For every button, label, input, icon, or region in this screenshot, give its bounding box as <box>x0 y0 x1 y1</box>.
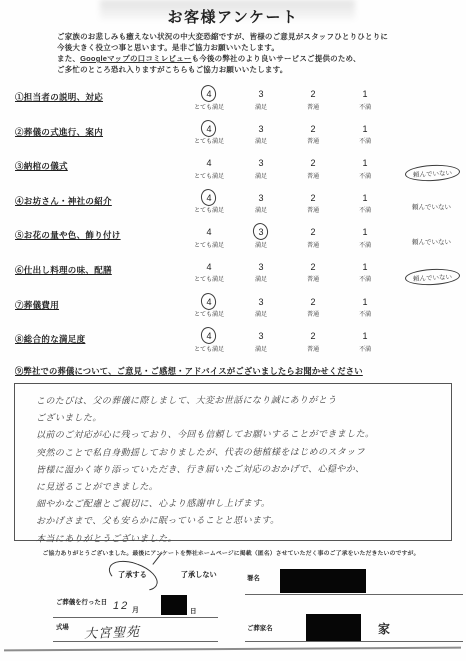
rating-value: 3 <box>258 330 263 342</box>
consent-note: ご協力ありがとうございました。最後にアンケートを弊社ホームページに掲載（匿名）さ… <box>0 548 462 557</box>
rating-option: 2普通 <box>287 226 339 249</box>
rating-value: 1 <box>362 88 367 100</box>
survey-question-row: ②葬儀の式進行、案内 4とても満足3満足2普通1不満 <box>15 123 460 158</box>
rating-option: 2普通 <box>287 88 339 111</box>
funeral-date-label: ご葬儀を行った日 <box>56 597 107 606</box>
question-label: ⑥仕出し料理の味、配膳 <box>15 261 183 276</box>
handwritten-comment-line: 以前のご対応が心に残っており、今回も信頼してお願いすることができました。 <box>36 426 443 445</box>
question-label: ⑤お花の量や色、飾り付け <box>15 226 183 241</box>
rating-caption: 不満 <box>359 205 371 214</box>
rating-caption: 満足 <box>255 102 267 111</box>
scan-edge-line <box>4 647 461 651</box>
question-label: ①担当者の説明、対応 <box>15 88 183 103</box>
rating-scale: 4とても満足3満足2普通1不満 <box>183 192 391 215</box>
rating-value: 4 <box>206 261 211 273</box>
rating-value: 2 <box>310 330 315 342</box>
questions-list: ①担当者の説明、対応 4とても満足3満足2普通1不満 ②葬儀の式進行、案内 4と… <box>15 88 460 365</box>
rating-caption: 不満 <box>359 136 371 145</box>
rating-value: 4 <box>206 157 211 169</box>
intro-line: ご家族のお悲しみも癒えない状況の中大変恐縮ですが、皆様のご意見がスタッフひとりひ… <box>57 31 429 42</box>
handwritten-comment-line: に見送ることができました。 <box>36 477 443 496</box>
selected-rating-circle: 3 <box>258 226 263 238</box>
not-requested-circled-note: 頼んでいない <box>405 268 461 287</box>
rating-value: 2 <box>310 261 315 273</box>
rating-value: 4 <box>206 226 211 238</box>
rating-caption: 不満 <box>359 309 371 318</box>
selected-rating-circle: 4 <box>206 123 211 135</box>
rating-option: 2普通 <box>287 330 339 353</box>
rating-scale: 4とても満足3満足2普通1不満 <box>183 123 391 146</box>
rating-option: 2普通 <box>287 261 339 284</box>
rating-scale: 4とても満足3満足2普通1不満 <box>183 157 391 180</box>
rating-value: 1 <box>362 296 367 308</box>
rating-option: 1不満 <box>339 330 391 353</box>
rating-caption: 普通 <box>307 171 319 180</box>
rating-value: 2 <box>310 192 315 204</box>
day-redaction-box <box>161 595 187 615</box>
handwritten-comment-box: このたびは、父の葬儀に際しまして、大変お世話になり誠にありがとうございました。以… <box>14 383 452 541</box>
rating-caption: 不満 <box>359 274 371 283</box>
rating-caption: 不満 <box>359 240 371 249</box>
rating-scale: 4とても満足3満足2普通1不満 <box>183 296 391 319</box>
form-title: お客様アンケート <box>0 6 466 27</box>
rating-option: 4とても満足 <box>183 226 235 249</box>
survey-question-row: ⑧総合的な満足度 4とても満足3満足2普通1不満 <box>15 330 460 365</box>
rating-caption: 普通 <box>307 274 319 283</box>
question-label: ③納棺の儀式 <box>15 157 183 172</box>
rating-option: 4とても満足 <box>183 88 235 111</box>
rating-caption: 満足 <box>255 136 267 145</box>
intro-text: ご家族のお悲しみも癒えない状況の中大変恐縮ですが、皆様のご意見がスタッフひとりひ… <box>57 31 429 75</box>
rating-option: 4とても満足 <box>183 261 235 284</box>
question-label: ⑧総合的な満足度 <box>15 330 183 345</box>
rating-option: 3満足 <box>235 157 287 180</box>
rating-caption: 満足 <box>255 274 267 283</box>
funeral-date-field: ご葬儀を行った日 12 月 日 <box>53 594 218 618</box>
rating-option: 3満足 <box>235 261 287 284</box>
rating-caption: とても満足 <box>194 205 224 214</box>
rating-value: 2 <box>310 123 315 135</box>
not-requested-circled-note: 頼んでいない <box>405 164 461 183</box>
rating-caption: 普通 <box>307 240 319 249</box>
selected-rating-circle: 4 <box>206 192 211 204</box>
question-label: ②葬儀の式進行、案内 <box>15 123 183 138</box>
survey-question-row: ①担当者の説明、対応 4とても満足3満足2普通1不満 <box>15 88 460 123</box>
rating-caption: 満足 <box>255 171 267 180</box>
rating-option: 3満足 <box>235 330 287 353</box>
rating-scale: 4とても満足3満足2普通1不満 <box>183 88 391 111</box>
handwritten-comment-line: 細やかなご配慮とご親切に、心より感謝申し上げます。 <box>36 495 443 514</box>
rating-option: 1不満 <box>339 157 391 180</box>
rating-option: 3満足 <box>235 226 287 249</box>
rating-caption: 普通 <box>307 344 319 353</box>
not-requested-note: 頼んでいない <box>405 200 458 214</box>
rating-option: 1不満 <box>339 261 391 284</box>
rating-option: 2普通 <box>287 192 339 215</box>
selected-rating-circle: 4 <box>206 88 211 100</box>
selected-rating-circle: 4 <box>206 330 211 342</box>
rating-option: 1不満 <box>339 226 391 249</box>
rating-value: 3 <box>258 157 263 169</box>
rating-option: 3満足 <box>235 88 287 111</box>
month-suffix-label: 月 <box>132 605 139 615</box>
rating-value: 3 <box>258 123 263 135</box>
rating-option: 4とても満足 <box>183 157 235 180</box>
survey-question-row: ⑤お花の量や色、飾り付け 4とても満足3満足2普通1不満 頼んでいない <box>15 226 460 261</box>
handwritten-comment-line: 本当にありがとうございました。 <box>36 529 443 548</box>
rating-option: 2普通 <box>287 296 339 319</box>
rating-caption: とても満足 <box>194 274 224 283</box>
rating-caption: 普通 <box>307 309 319 318</box>
rating-value: 2 <box>310 157 315 169</box>
rating-caption: 満足 <box>255 205 267 214</box>
rating-option: 1不満 <box>339 88 391 111</box>
intro-line: ご多忙のところ恐れ入りますがこちらもご協力お願いいたします。 <box>57 64 429 75</box>
rating-caption: 満足 <box>255 309 267 318</box>
rating-option: 1不満 <box>339 192 391 215</box>
rating-value: 3 <box>258 296 263 308</box>
handwritten-comment-line: 皆様に温かく寄り添っていただき、行き届いたご対応のおかげで、心穏やか、 <box>36 460 443 479</box>
handwritten-month-value: 12 <box>113 600 129 612</box>
family-name-redaction-box <box>306 614 361 641</box>
survey-question-row: ⑦葬儀費用 4とても満足3満足2普通1不満 <box>15 296 460 331</box>
venue-field: 式場 大宮聖苑 <box>53 618 218 642</box>
rating-value: 2 <box>310 296 315 308</box>
handwritten-comment-line: おかげさまで、父も安らかに眠っていることと思います。 <box>36 512 443 531</box>
survey-question-row: ③納棺の儀式 4とても満足3満足2普通1不満 頼んでいない <box>15 157 460 192</box>
handwritten-venue-value: 大宮聖苑 <box>84 621 141 642</box>
rating-option: 4とても満足 <box>183 296 235 319</box>
rating-option: 4とても満足 <box>183 330 235 353</box>
rating-caption: 不満 <box>359 171 371 180</box>
rating-caption: 不満 <box>359 102 371 111</box>
question-label: ④お坊さん・神社の紹介 <box>15 192 183 207</box>
rating-caption: 普通 <box>307 205 319 214</box>
rating-caption: 普通 <box>307 102 319 111</box>
rating-option: 4とても満足 <box>183 123 235 146</box>
rating-value: 2 <box>310 226 315 238</box>
rating-value: 1 <box>362 330 367 342</box>
comments-heading: ⑨弊社での葬儀について、ご意見・ご感想・アドバイスがございましたらお聞かせくださ… <box>15 365 363 377</box>
consent-accept-option: 了承する <box>118 570 147 580</box>
rating-option: 4とても満足 <box>183 192 235 215</box>
handwritten-comment-line: 突然のことで私自身動揺しておりましたが、代表の徳植様をはじめのスタッフ <box>36 443 443 462</box>
rating-option: 3満足 <box>235 296 287 319</box>
rating-value: 1 <box>362 123 367 135</box>
rating-caption: とても満足 <box>194 240 224 249</box>
rating-caption: とても満足 <box>194 309 224 318</box>
rating-value: 3 <box>258 192 263 204</box>
rating-caption: 満足 <box>255 240 267 249</box>
consent-decline-option: 了承しない <box>181 570 217 580</box>
not-requested-note: 頼んでいない <box>405 234 458 248</box>
rating-caption: とても満足 <box>194 344 224 353</box>
rating-caption: とても満足 <box>194 136 224 145</box>
rating-scale: 4とても満足3満足2普通1不満 <box>183 226 391 249</box>
rating-caption: 満足 <box>255 344 267 353</box>
family-name-field: ご葬家名 家 <box>245 613 463 642</box>
handwritten-comment-line: このたびは、父の葬儀に際しまして、大変お世話になり誠にありがとう <box>36 391 443 410</box>
rating-option: 1不満 <box>339 296 391 319</box>
rating-option: 3満足 <box>235 123 287 146</box>
rating-value: 3 <box>258 88 263 100</box>
rating-option: 3満足 <box>235 192 287 215</box>
rating-value: 1 <box>362 226 367 238</box>
rating-value: 3 <box>258 261 263 273</box>
rating-caption: 普通 <box>307 136 319 145</box>
handwritten-comment-line: ございました。 <box>36 408 443 427</box>
rating-scale: 4とても満足3満足2普通1不満 <box>183 261 391 284</box>
rating-option: 2普通 <box>287 157 339 180</box>
rating-caption: 不満 <box>359 344 371 353</box>
survey-question-row: ④お坊さん・神社の紹介 4とても満足3満足2普通1不満 頼んでいない <box>15 192 460 227</box>
signature-redaction-box <box>280 569 366 593</box>
rating-value: 1 <box>362 261 367 273</box>
signature-label: 署名 <box>247 573 260 582</box>
question-label: ⑦葬儀費用 <box>15 296 183 311</box>
family-name-label: ご葬家名 <box>247 623 273 632</box>
rating-caption: とても満足 <box>194 171 224 180</box>
day-suffix-label: 日 <box>190 606 197 615</box>
venue-label: 式場 <box>56 622 69 631</box>
rating-caption: とても満足 <box>194 102 224 111</box>
consent-options: 了承する 了承しない <box>118 570 217 580</box>
intro-line: 今後大きく役立つ事と思います。是非ご協力お願いいたします。 <box>57 42 429 53</box>
family-suffix-label: 家 <box>378 620 390 637</box>
survey-form-scan: お客様アンケート ご家族のお悲しみも癒えない状況の中大変恐縮ですが、皆様のご意見… <box>0 0 466 661</box>
rating-value: 1 <box>362 192 367 204</box>
rating-option: 1不満 <box>339 123 391 146</box>
selected-rating-circle: 4 <box>206 296 211 308</box>
rating-value: 2 <box>310 88 315 100</box>
rating-value: 1 <box>362 157 367 169</box>
intro-line: また、Googleマップの口コミレビューも今後の弊社のより良いサービスご提供のた… <box>57 53 429 64</box>
rating-scale: 4とても満足3満足2普通1不満 <box>183 330 391 353</box>
rating-option: 2普通 <box>287 123 339 146</box>
signature-field: 署名 <box>245 566 463 595</box>
survey-question-row: ⑥仕出し料理の味、配膳 4とても満足3満足2普通1不満 頼んでいない <box>15 261 460 296</box>
